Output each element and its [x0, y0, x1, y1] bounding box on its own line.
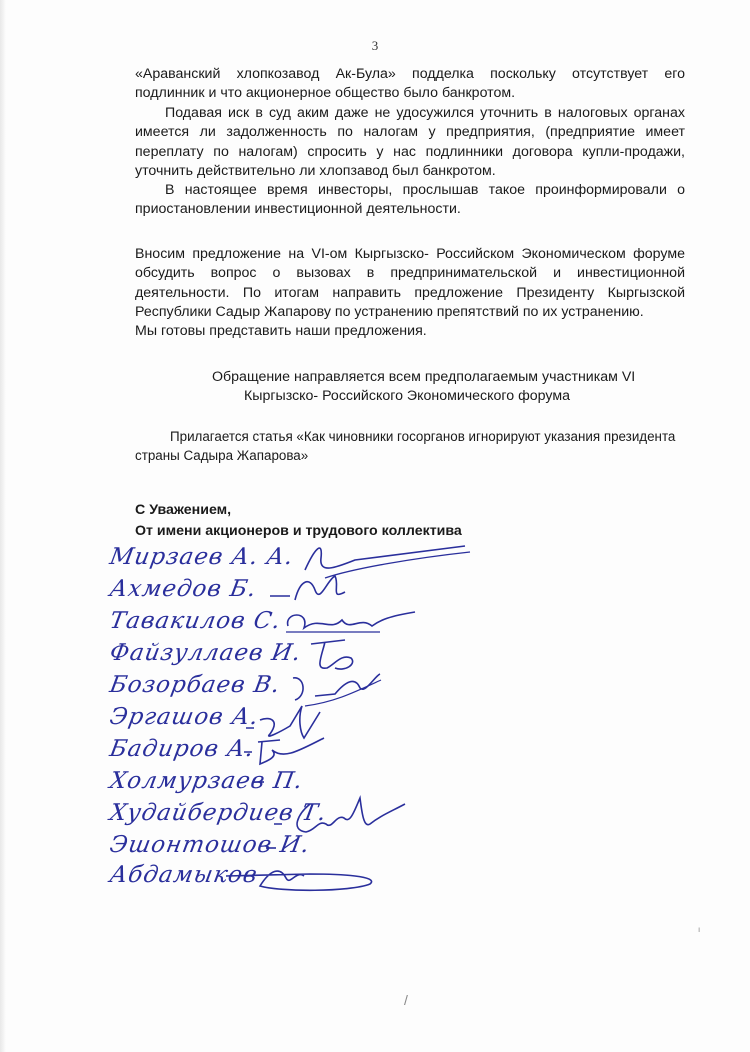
signature-name: Тавакилов С. [108, 608, 283, 634]
text-line: деятельности. По итогам направить предло… [135, 284, 685, 303]
text-line: Прилагается статья «Как чиновники госорг… [135, 427, 685, 446]
text-line: переплату по налогам) спросить у нас под… [135, 143, 685, 162]
signature-name: Ахмедов Б. [108, 576, 259, 602]
paragraph-forgery-claim: «Араванский хлопкозавод Ак-Була» подделк… [135, 65, 685, 104]
stray-pen-mark: ı [698, 925, 700, 934]
address-note-line2: Кыргызско- Российского Экономического фо… [244, 387, 570, 406]
signature-name: Бадиров А. [108, 736, 257, 762]
text-line: приостановлении инвестиционной деятельно… [135, 200, 685, 219]
text-line: Мы готовы представить наши предложения. [135, 322, 685, 341]
text-line: обсудить вопрос о вызовах в предпринимат… [135, 264, 685, 283]
signature-scribble-icon [220, 856, 390, 896]
dash-mark-icon [262, 826, 282, 856]
signature-name: Файзуллаев И. [108, 640, 304, 666]
text-line: имеется ли задолженность по налогам у пр… [135, 123, 685, 142]
text-line: подлинник и что акционерное общество был… [135, 84, 685, 103]
text-line: Республики Садыр Жапарову по устранению … [135, 303, 685, 322]
text-line: Подавая иск в суд аким даже не удосужилс… [135, 104, 685, 123]
stray-pen-mark: / [404, 992, 408, 1008]
text-line: «Араванский хлопкозавод Ак-Була» подделк… [135, 65, 685, 84]
paragraph-proposal: Вносим предложение на VI-ом Кыргызско- Р… [135, 245, 685, 341]
paragraph-investors: В настоящее время инвесторы, прослышав т… [135, 181, 685, 220]
scanned-page: 3 «Араванский хлопкозавод Ак-Була» подде… [0, 0, 750, 1052]
text-line: уточнить действительно ли хлопзавод был … [135, 162, 685, 181]
text-line: страны Садыра Жапарова» [135, 446, 685, 465]
address-note-line1: Обращение направляется всем предполагаем… [212, 368, 635, 387]
signature-block: Мирзаев А. А. Ахмедов Б. Тавакилов С. Фа… [100, 540, 520, 900]
signature-name: Эргашов А. [108, 704, 261, 730]
scan-edge-shadow [0, 0, 6, 1052]
signature-row: Худайбердиев Т. [100, 800, 520, 830]
signature-row: Бадиров А. [100, 736, 520, 766]
signature-name: Мирзаев А. А. [108, 544, 296, 570]
dash-mark-icon [250, 762, 270, 792]
signature-row: Абдамыков [100, 862, 520, 892]
text-line: Вносим предложение на VI-ом Кыргызско- Р… [135, 245, 685, 264]
text-line: В настоящее время инвесторы, прослышав т… [135, 181, 685, 200]
signature-name: Бозорбаев В. [108, 672, 283, 698]
signature-name: Холмурзаев П. [108, 768, 306, 794]
paragraph-lawsuit: Подавая иск в суд аким даже не удосужилс… [135, 104, 685, 181]
page-number: 3 [0, 38, 750, 54]
attachment-note: Прилагается статья «Как чиновники госорг… [135, 427, 685, 466]
closing-salutation: С Уважением, [135, 501, 231, 520]
